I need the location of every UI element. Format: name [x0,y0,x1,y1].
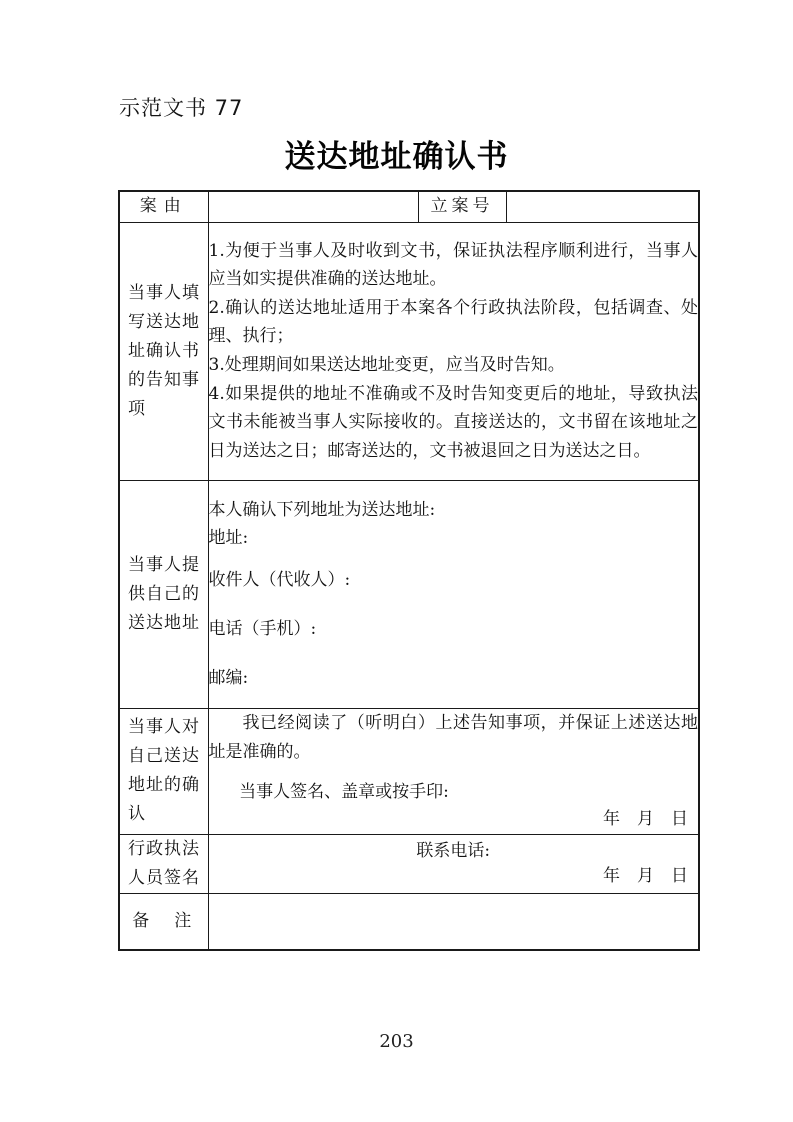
phone-field-label: 电话（手机）: [209,615,699,643]
case-cause-label: 案由 [120,192,208,221]
row-officer-signature: 行政执法人员签名 联系电话: 年 月 日 [119,834,699,893]
case-number-label-cell: 立案号 [418,191,506,222]
notice-item-2: 2.确认的送达地址适用于本案各个行政执法阶段，包括调查、处理、执行； [209,294,699,351]
case-cause-value-cell [208,191,418,222]
officer-date-line: 年 月 日 [209,864,699,889]
party-signature-label: 当事人签名、盖章或按手印: [239,778,698,806]
recipient-field-label: 收件人（代收人）: [209,566,699,594]
confirmation-label-cell: 当事人对自己送达地址的确认 [119,708,208,834]
case-cause-label-cell: 案由 [119,191,208,222]
notice-item-4: 4.如果提供的地址不准确或不及时告知变更后的地址，导致执法文书未能被当事人实际接… [209,380,699,466]
confirmation-content-cell: 我已经阅读了（听明白）上述告知事项，并保证上述送达地址是准确的。 当事人签名、盖… [208,708,699,834]
row-remarks: 备 注 [119,893,699,950]
remarks-label-cell: 备 注 [119,893,208,950]
address-confirm-line: 本人确认下列地址为送达地址: [209,496,699,524]
confirmation-statement: 我已经阅读了（听明白）上述告知事项，并保证上述送达地址是准确的。 [209,709,699,766]
address-section-label: 当事人提供自己的送达地址 [120,551,208,638]
officer-section-label: 行政执法人员签名 [120,835,208,893]
case-number-value-cell [506,191,699,222]
doc-series-label: 示范文书 77 [119,92,243,122]
postcode-field-label: 邮编: [209,664,699,692]
row-address: 当事人提供自己的送达地址 本人确认下列地址为送达地址: 地址: 收件人（代收人）… [119,480,699,708]
row-confirmation: 当事人对自己送达地址的确认 我已经阅读了（听明白）上述告知事项，并保证上述送达地… [119,708,699,834]
remarks-value-cell [208,893,699,950]
page-number: 203 [0,1031,793,1052]
notice-item-3: 3.处理期间如果送达地址变更，应当及时告知。 [209,351,699,380]
page-title: 送达地址确认书 [0,131,793,176]
row-notice: 当事人填写送达地址确认书的告知事项 1.为便于当事人及时收到文书，保证执法程序顺… [119,222,699,480]
notice-label: 当事人填写送达地址确认书的告知事项 [120,279,208,424]
service-address-form: 案由 立案号 当事人填写送达地址确认书的告知事项 1.为便于当事人及时收到文书，… [118,190,700,951]
notice-content-cell: 1.为便于当事人及时收到文书，保证执法程序顺利进行，当事人应当如实提供准确的送达… [208,222,699,480]
address-content-cell: 本人确认下列地址为送达地址: 地址: 收件人（代收人）: 电话（手机）: 邮编: [208,480,699,708]
row-case-info: 案由 立案号 [119,191,699,222]
address-field-label: 地址: [209,524,699,552]
officer-label-cell: 行政执法人员签名 [119,834,208,893]
party-date-line: 年 月 日 [209,806,699,833]
case-number-label: 立案号 [419,192,506,221]
document-page: 示范文书 77 送达地址确认书 案由 立案号 当事人填写送达地址确认书的告知事项 [0,0,793,1122]
notice-label-cell: 当事人填写送达地址确认书的告知事项 [119,222,208,480]
remarks-label: 备 注 [120,907,208,936]
contact-phone-label: 联系电话: [209,839,699,864]
officer-content-cell: 联系电话: 年 月 日 [208,834,699,893]
address-label-cell: 当事人提供自己的送达地址 [119,480,208,708]
confirmation-section-label: 当事人对自己送达地址的确认 [120,713,208,829]
notice-item-1: 1.为便于当事人及时收到文书，保证执法程序顺利进行，当事人应当如实提供准确的送达… [209,237,699,294]
